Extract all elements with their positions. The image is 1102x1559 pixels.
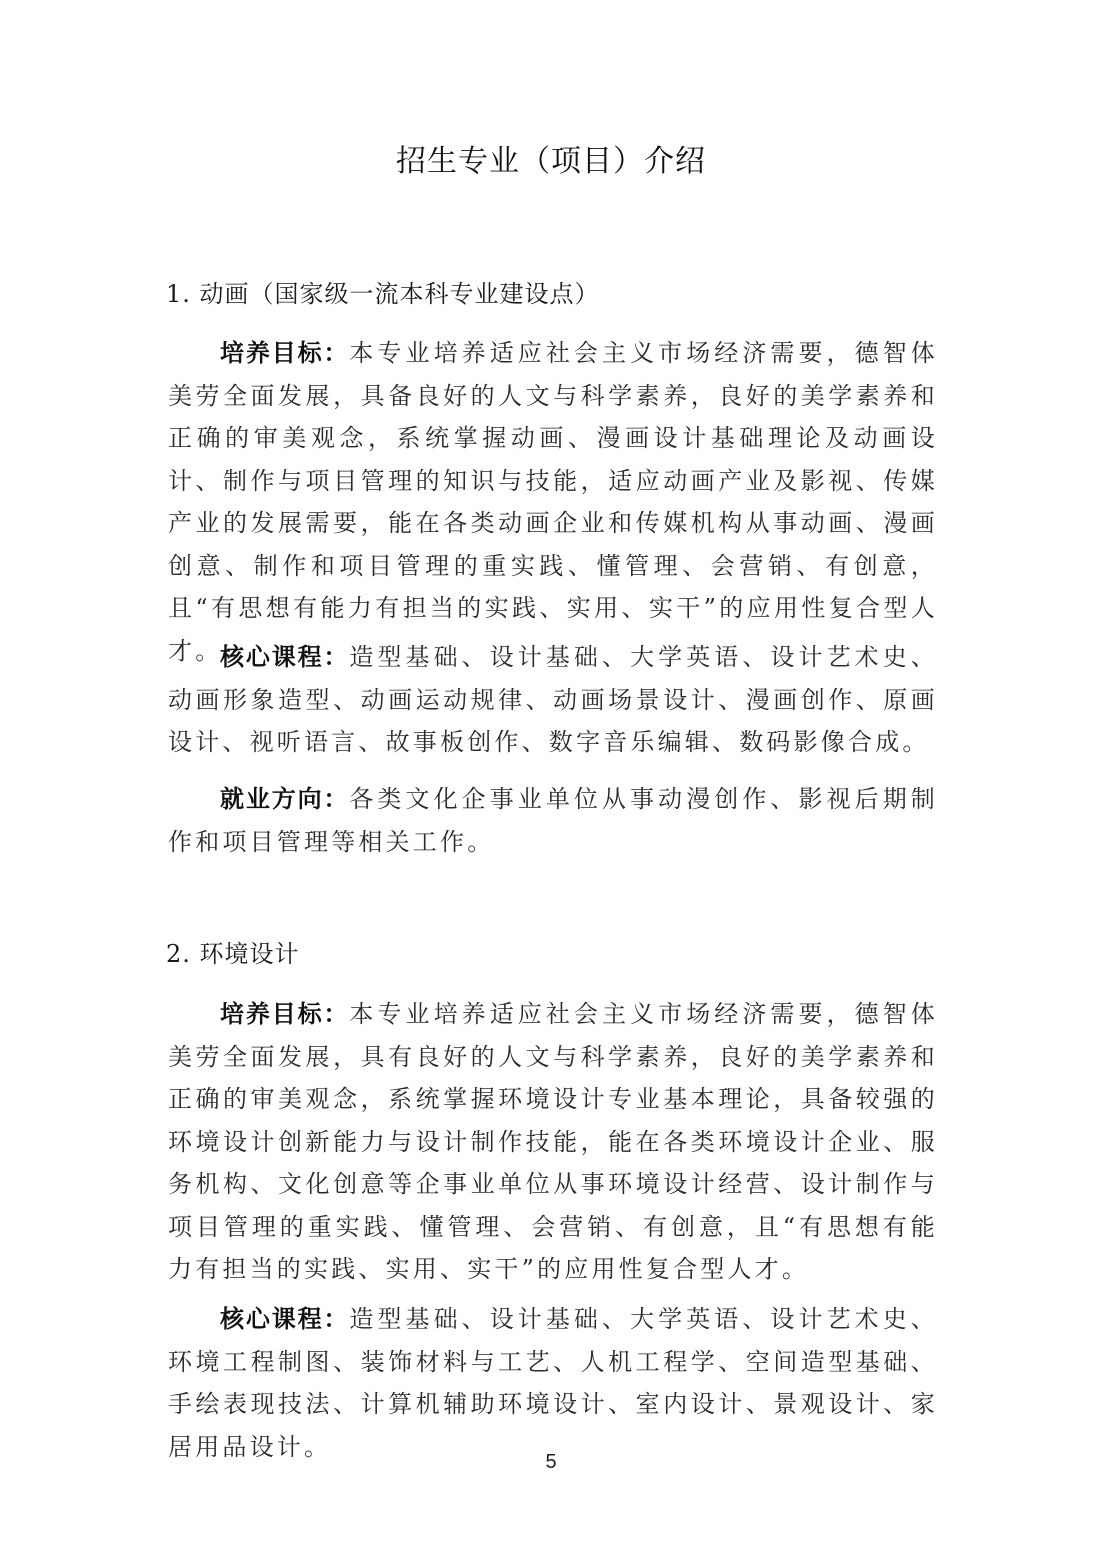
section-heading-environment-design: 2. 环境设计	[166, 936, 300, 972]
paragraph-training-goal-environment: 培养目标：本专业培养适应社会主义市场经济需要，德智体美劳全面发展，具有良好的人文…	[168, 993, 938, 1291]
paragraph-training-goal-animation: 培养目标：本专业培养适应社会主义市场经济需要，德智体美劳全面发展，具备良好的人文…	[168, 332, 938, 672]
label-core-courses: 核心课程：	[220, 1305, 349, 1333]
paragraph-core-courses-environment: 核心课程：造型基础、设计基础、大学英语、设计艺术史、环境工程制图、装饰材料与工艺…	[168, 1298, 938, 1468]
label-training-goal: 培养目标：	[220, 339, 349, 367]
paragraph-career-direction-animation: 就业方向：各类文化企事业单位从事动漫创作、影视后期制作和项目管理等相关工作。	[168, 778, 938, 863]
section-heading-animation: 1. 动画（国家级一流本科专业建设点）	[166, 276, 600, 312]
document-page: 招生专业（项目）介绍 1. 动画（国家级一流本科专业建设点） 培养目标：本专业培…	[0, 0, 1102, 1559]
text-training-goal: 本专业培养适应社会主义市场经济需要，德智体美劳全面发展，具有良好的人文与科学素养…	[168, 1000, 938, 1283]
paragraph-core-courses-animation: 核心课程：造型基础、设计基础、大学英语、设计艺术史、动画形象造型、动画运动规律、…	[168, 636, 938, 764]
label-core-courses: 核心课程：	[220, 643, 349, 671]
text-training-goal: 本专业培养适应社会主义市场经济需要，德智体美劳全面发展，具备良好的人文与科学素养…	[168, 339, 938, 665]
label-training-goal: 培养目标：	[220, 1000, 349, 1028]
page-number: 5	[0, 1450, 1102, 1474]
label-career-direction: 就业方向：	[220, 785, 349, 813]
page-title: 招生专业（项目）介绍	[0, 138, 1102, 186]
